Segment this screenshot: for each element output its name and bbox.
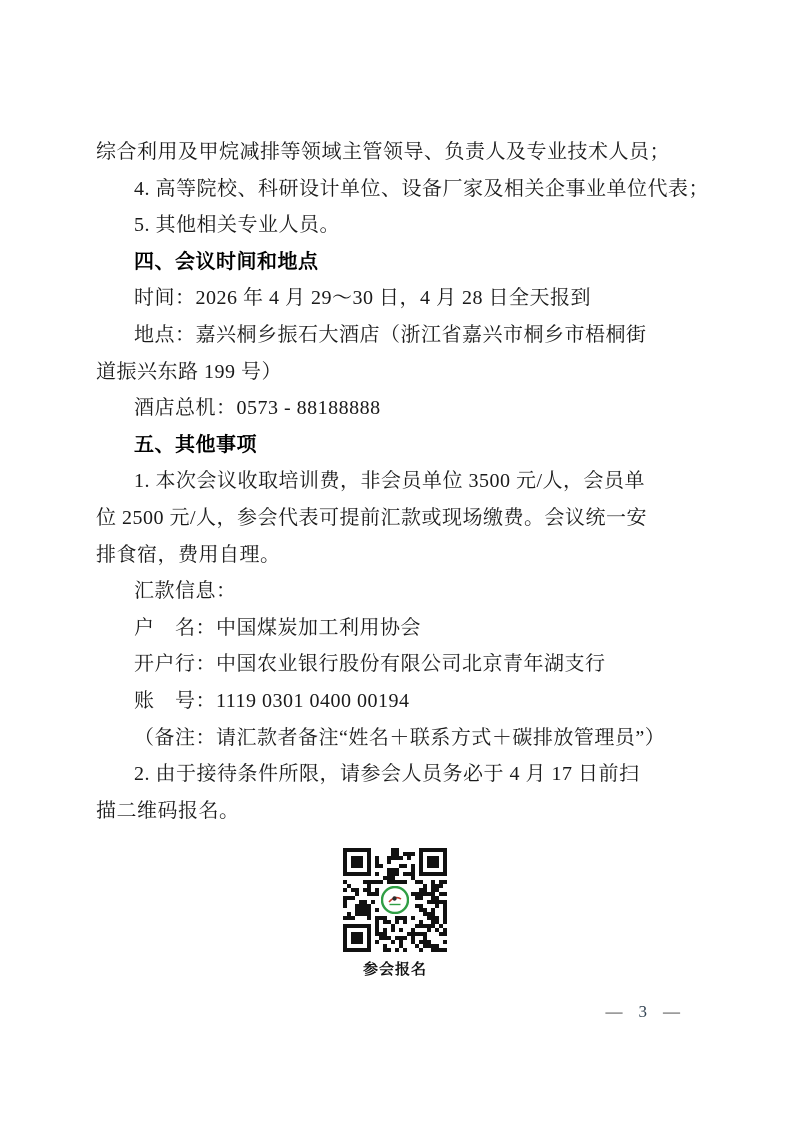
- fee-paragraph-line-3: 排食宿，费用自理。: [96, 537, 716, 574]
- account-name-line: 户 名：中国煤炭加工利用协会: [96, 610, 716, 647]
- section-heading-other-matters: 五、其他事项: [96, 427, 716, 464]
- footer-right-dash: —: [663, 1002, 680, 1021]
- footer-left-dash: —: [606, 1002, 623, 1021]
- meeting-location-line: 地点：嘉兴桐乡振石大酒店（浙江省嘉兴市桐乡市梧桐街: [96, 317, 716, 354]
- bank-name-line: 开户行：中国农业银行股份有限公司北京青年湖支行: [96, 646, 716, 683]
- attendee-scope-continuation-line: 综合利用及甲烷减排等领域主管领导、负责人及专业技术人员；: [96, 134, 716, 171]
- page-number: 3: [639, 1002, 648, 1021]
- remittance-note-line: （备注：请汇款者备注“姓名＋联系方式＋碳排放管理员”）: [96, 720, 716, 757]
- page-footer: —3—: [0, 1002, 680, 1022]
- meeting-time-line: 时间：2026 年 4 月 29～30 日，4 月 28 日全天报到: [96, 280, 716, 317]
- meeting-location-continuation-line: 道振兴东路 199 号）: [96, 354, 716, 391]
- list-item-4: 4. 高等院校、科研设计单位、设备厂家及相关企事业单位代表；: [96, 171, 716, 208]
- fee-paragraph-line-1: 1. 本次会议收取培训费，非会员单位 3500 元/人，会员单: [96, 463, 716, 500]
- document-page: 综合利用及甲烷减排等领域主管领导、负责人及专业技术人员； 4. 高等院校、科研设…: [0, 0, 794, 1123]
- list-item-5: 5. 其他相关专业人员。: [96, 207, 716, 244]
- account-number-line: 账 号：1119 0301 0400 00194: [96, 683, 716, 720]
- fee-paragraph-line-2: 位 2500 元/人，参会代表可提前汇款或现场缴费。会议统一安: [96, 500, 716, 537]
- qr-caption: 参会报名: [343, 958, 447, 979]
- registration-deadline-line-2: 描二维码报名。: [96, 793, 716, 830]
- section-heading-time-location: 四、会议时间和地点: [96, 244, 716, 281]
- qr-code-image: [343, 848, 447, 952]
- hotel-phone-line: 酒店总机：0573 - 88188888: [96, 390, 716, 427]
- remittance-info-label: 汇款信息：: [96, 573, 716, 610]
- registration-qr-block: 参会报名: [343, 848, 447, 979]
- document-body: 综合利用及甲烷减排等领域主管领导、负责人及专业技术人员； 4. 高等院校、科研设…: [96, 134, 716, 829]
- qr-center-logo-icon: [381, 886, 409, 914]
- registration-deadline-line-1: 2. 由于接待条件所限，请参会人员务必于 4 月 17 日前扫: [96, 756, 716, 793]
